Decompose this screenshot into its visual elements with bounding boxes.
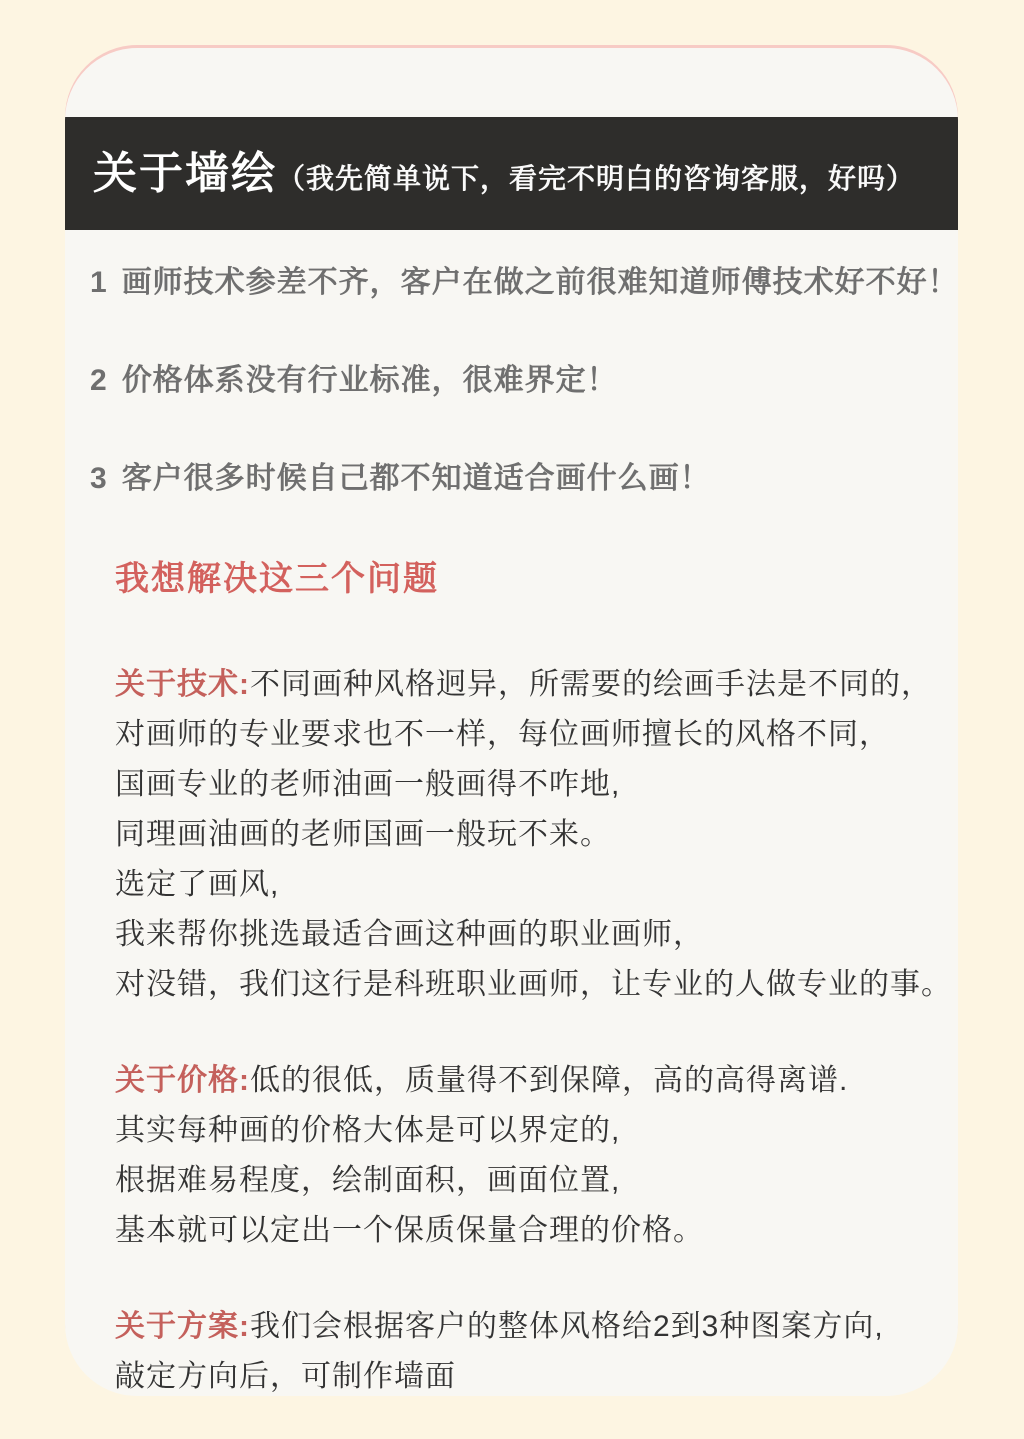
section-label: 关于技术:	[115, 668, 250, 701]
section-line: 同理画油画的老师国画一般玩不来。	[115, 810, 928, 860]
content-card: 关于墙绘（我先简单说下，看完不明白的咨询客服，好吗） 1画师技术参差不齐，客户在…	[65, 48, 958, 1396]
section-line: 基本就可以定出一个保质保量合理的价格。	[115, 1206, 928, 1256]
section-line: 选定了画风,	[115, 860, 928, 910]
section-line: 国画专业的老师油画一般画得不咋地,	[115, 760, 928, 810]
problem-text: 价格体系没有行业标准，很难界定！	[122, 364, 618, 397]
solution-heading: 我想解决这三个问题	[115, 560, 958, 598]
section-lead-text: 我们会根据客户的整体风格给2到3种图案方向,	[250, 1310, 884, 1343]
problem-list: 1画师技术参差不齐，客户在做之前很难知道师傅技术好不好！ 2价格体系没有行业标准…	[65, 230, 958, 496]
section-line: 对没错，我们这行是科班职业画师，让专业的人做专业的事。	[115, 960, 928, 1010]
section-technique: 关于技术:不同画种风格迥异，所需要的绘画手法是不同的， 对画师的专业要求也不一样…	[65, 660, 958, 1010]
section-lead-line: 关于价格:低的很低，质量得不到保障，高的高得离谱.	[115, 1056, 928, 1106]
section-lead-line: 关于技术:不同画种风格迥异，所需要的绘画手法是不同的，	[115, 660, 928, 710]
section-line: 对画师的专业要求也不一样，每位画师擅长的风格不同，	[115, 710, 928, 760]
problem-number: 3	[90, 462, 108, 495]
section-lead-line: 关于方案:我们会根据客户的整体风格给2到3种图案方向,	[115, 1302, 928, 1352]
problem-text: 客户很多时候自己都不知道适合画什么画！	[122, 462, 711, 495]
page-title: 关于墙绘	[93, 149, 277, 198]
problem-number: 2	[90, 364, 108, 397]
section-line: 其实每种画的价格大体是可以界定的,	[115, 1106, 928, 1156]
section-line: 我来帮你挑选最适合画这种画的职业画师，	[115, 910, 928, 960]
problem-item-3: 3客户很多时候自己都不知道适合画什么画！	[90, 462, 928, 496]
section-label: 关于价格:	[115, 1064, 250, 1097]
problem-number: 1	[90, 266, 108, 299]
problem-item-2: 2价格体系没有行业标准，很难界定！	[90, 364, 928, 398]
section-plan: 关于方案:我们会根据客户的整体风格给2到3种图案方向, 敲定方向后，可制作墙面	[65, 1302, 958, 1396]
section-line: 根据难易程度，绘制面积，画面位置,	[115, 1156, 928, 1206]
section-lead-text: 不同画种风格迥异，所需要的绘画手法是不同的，	[250, 668, 932, 701]
page-subtitle: （我先简单说下，看完不明白的咨询客服，好吗）	[277, 163, 915, 194]
section-lead-text: 低的很低，质量得不到保障，高的高得离谱.	[250, 1064, 848, 1097]
section-line: 敲定方向后，可制作墙面	[115, 1352, 928, 1396]
problem-text: 画师技术参差不齐，客户在做之前很难知道师傅技术好不好！	[122, 266, 958, 299]
section-price: 关于价格:低的很低，质量得不到保障，高的高得离谱. 其实每种画的价格大体是可以界…	[65, 1056, 958, 1256]
section-label: 关于方案:	[115, 1310, 250, 1343]
problem-item-1: 1画师技术参差不齐，客户在做之前很难知道师傅技术好不好！	[90, 266, 928, 300]
header-bar: 关于墙绘（我先简单说下，看完不明白的咨询客服，好吗）	[65, 117, 958, 230]
